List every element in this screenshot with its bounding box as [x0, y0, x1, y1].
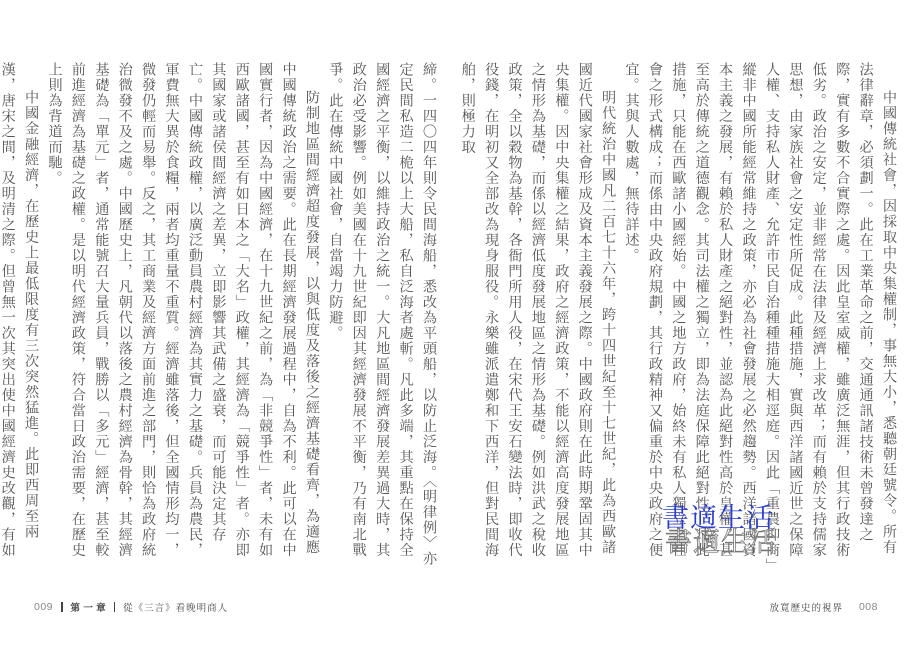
- chapter-title: 從《三言》看晚明商人: [123, 600, 228, 614]
- right-page: 中國傳統社會，因採取中央集權制，事無大小，悉聽朝廷號令。所有法律辭章，必須劃一。…: [480, 62, 900, 567]
- right-page-text: 中國傳統社會，因採取中央集權制，事無大小，悉聽朝廷號令。所有法律辭章，必須劃一。…: [480, 62, 900, 567]
- paragraph: 中國傳統社會，因採取中央集權制，事無大小，悉聽朝廷號令。所有法律辭章，必須劃一。…: [619, 62, 900, 567]
- watermark-text-outline: 書適生活: [665, 520, 777, 559]
- divider-bar: [61, 602, 63, 612]
- left-page-footer: 009 第 一 章 從《三言》看晚明商人: [34, 600, 228, 614]
- right-page-footer: 放寬歷史的視界 008: [769, 600, 878, 614]
- book-title: 放寬歷史的視界: [769, 600, 843, 614]
- paragraph: 防制地區間經濟超度發展，以與低度及落後之經濟基礎看齊，為適應中國傳統政治之需要。…: [42, 62, 323, 567]
- paragraph: 締。一四〇四年則令民間海船，悉改為平頭船，以防止泛海。〈明律例〉亦定民間私造二桅…: [323, 62, 440, 567]
- left-page: 締。一四〇四年則令民間海船，悉改為平頭船，以防止泛海。〈明律例〉亦定民間私造二桅…: [30, 62, 440, 567]
- page-number: 008: [859, 601, 878, 613]
- page-number: 009: [34, 601, 53, 613]
- divider-bar: [114, 602, 116, 612]
- chapter-label: 第 一 章: [71, 600, 106, 614]
- paragraph: 中國金融經濟，在歷史上最低限度有三次突然猛進。此即西周至兩漢，唐宋之間，及明清之…: [0, 62, 42, 567]
- paragraph: 明代統治中國凡二百七十六年，跨十四世紀至十七世紀，此為西歐諸國近代國家社會形成及…: [455, 62, 619, 567]
- left-page-text: 締。一四〇四年則令民間海船，悉改為平頭船，以防止泛海。〈明律例〉亦定民間私造二桅…: [30, 62, 440, 567]
